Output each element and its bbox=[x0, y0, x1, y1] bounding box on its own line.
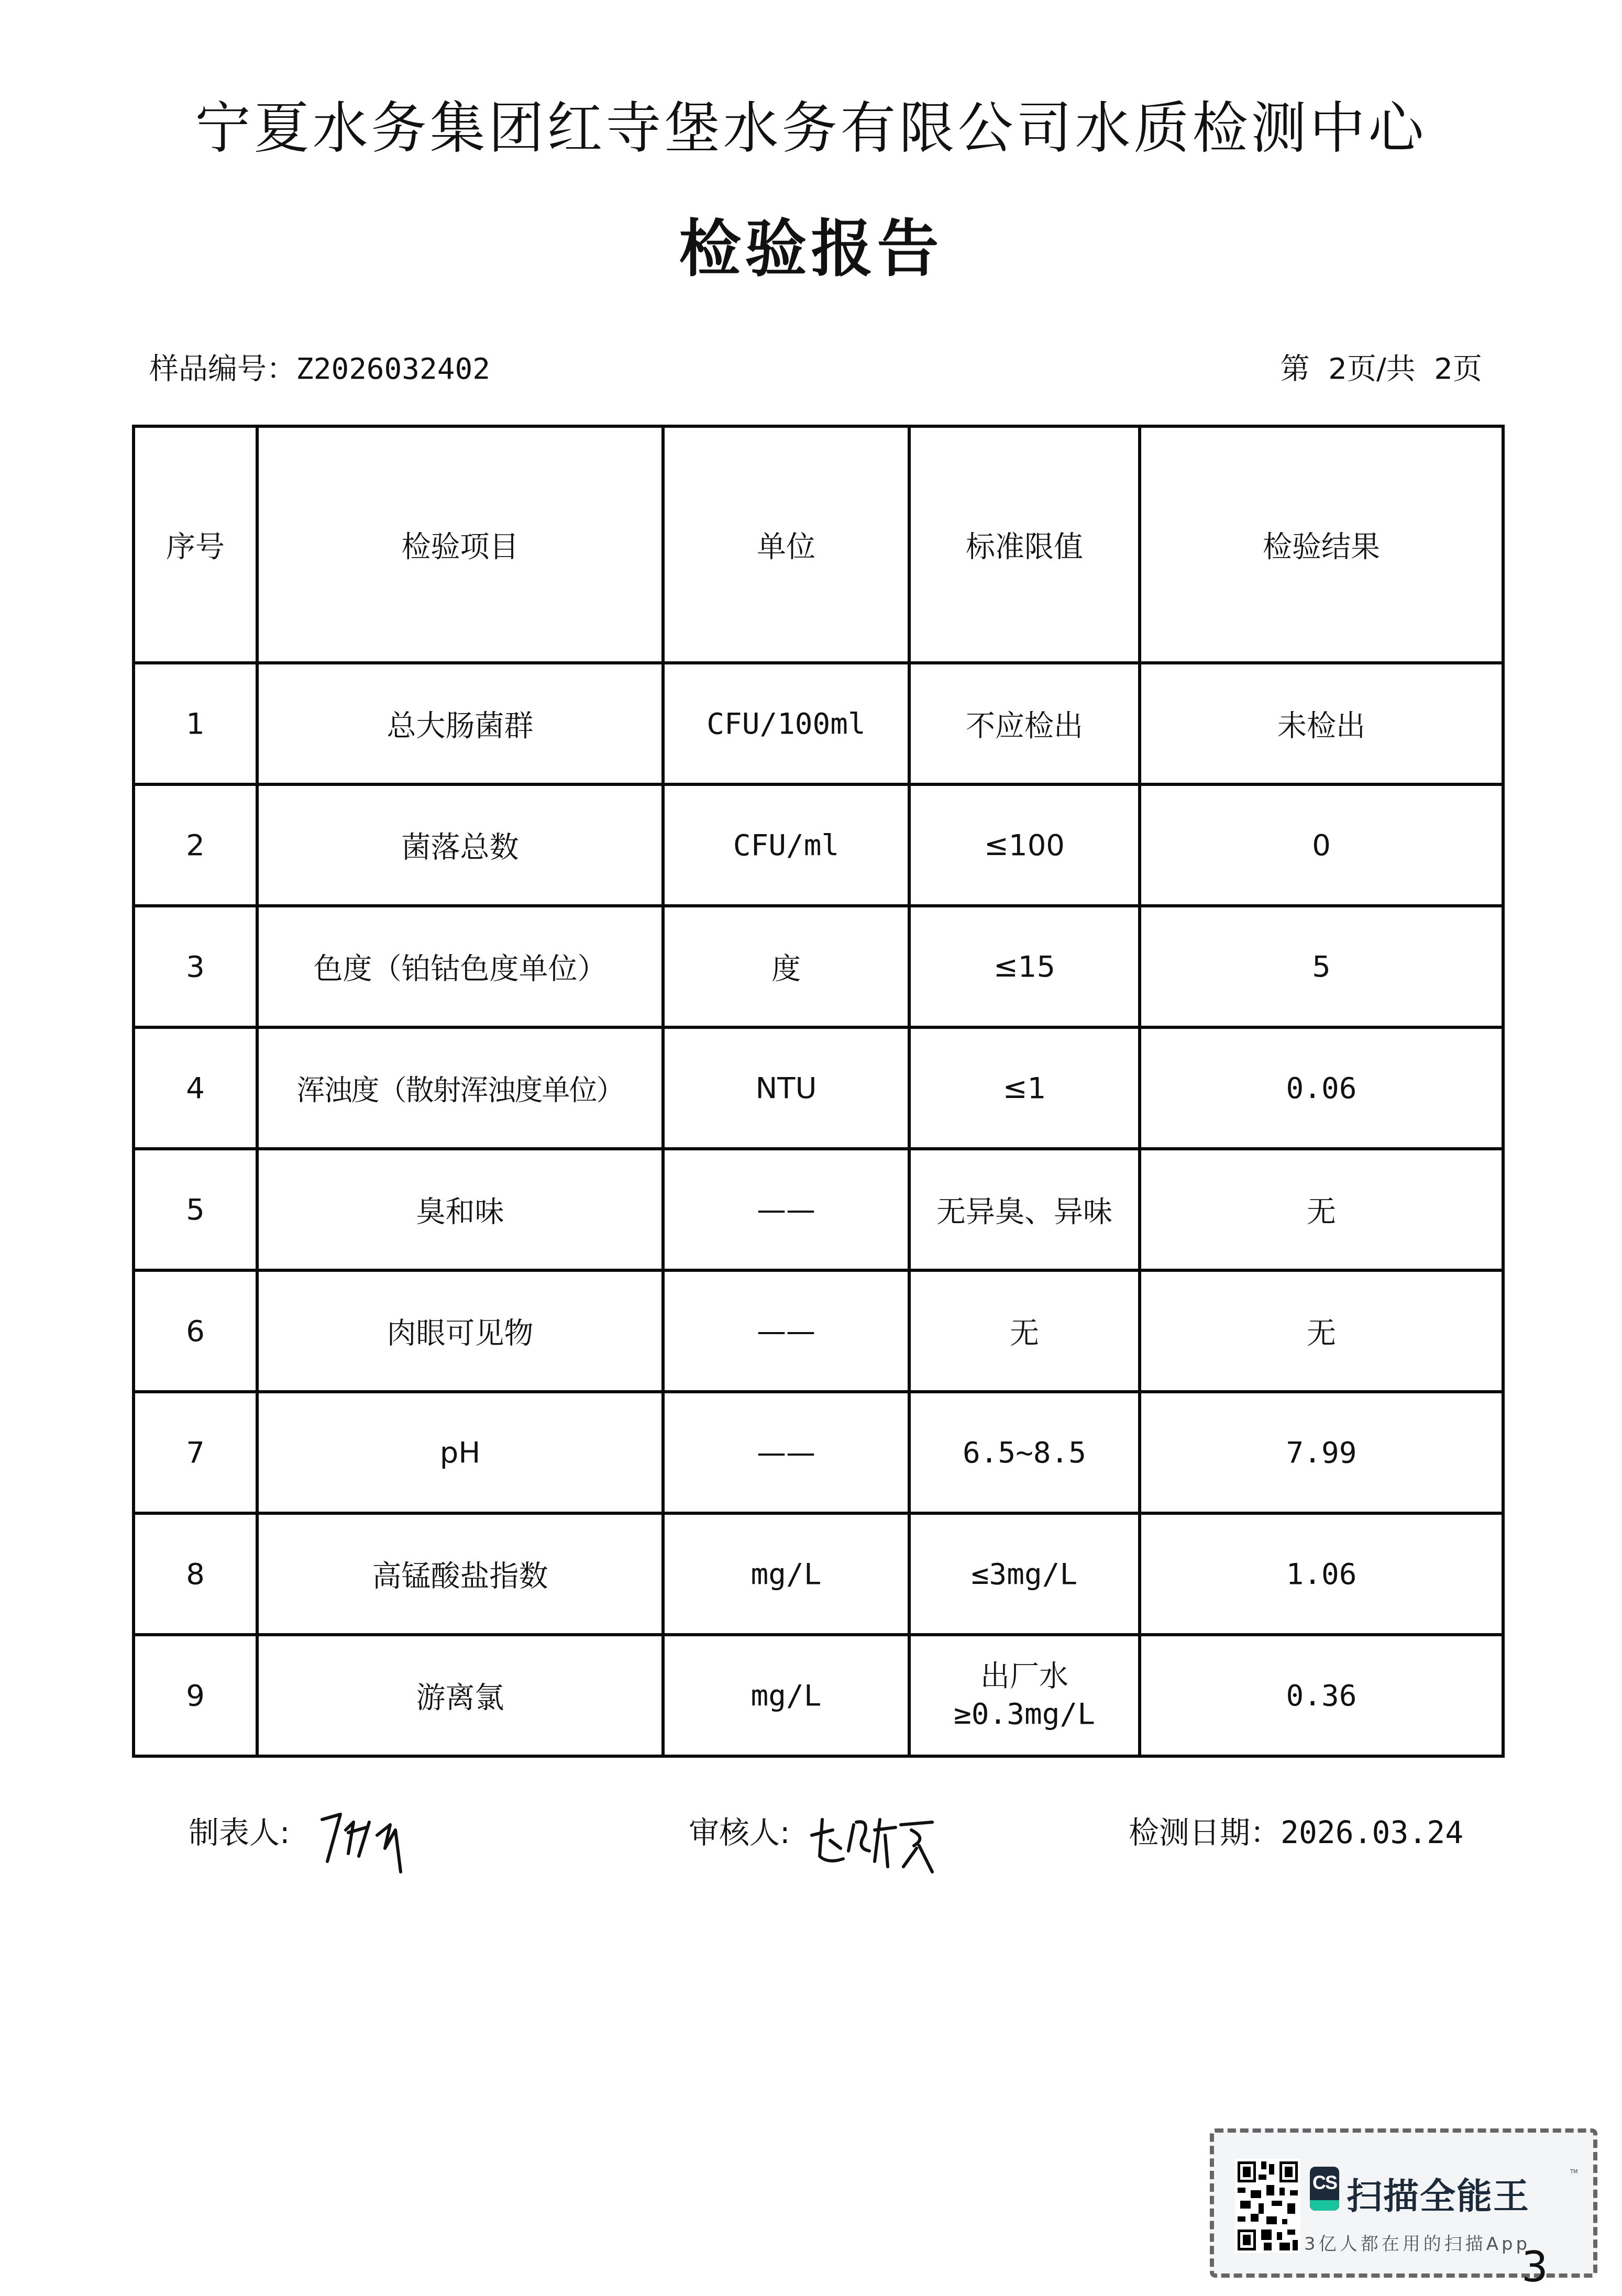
scan-page-number: 3 bbox=[1521, 2238, 1548, 2296]
reviewer-signature-icon bbox=[807, 1799, 943, 1877]
cell-result: 0.06 bbox=[1140, 1027, 1503, 1149]
cell-number: 7 bbox=[134, 1392, 257, 1513]
table-row: 9 游离氯 mg/L 出厂水 ≥0.3mg/L 0.36 bbox=[134, 1635, 1503, 1756]
sample-number-field: 样品编号：Z2026032402 bbox=[149, 348, 490, 390]
test-date-value: 2026.03.24 bbox=[1281, 1815, 1463, 1850]
report-meta-row: 样品编号：Z2026032402 第 2页/共 2页 bbox=[149, 348, 1482, 390]
column-header-unit: 单位 bbox=[663, 426, 909, 663]
table-row: 5 臭和味 —— 无异臭、异味 无 bbox=[134, 1149, 1503, 1270]
page-info: 第 2页/共 2页 bbox=[1281, 348, 1482, 390]
camscanner-logo-icon: CS bbox=[1310, 2167, 1339, 2211]
cell-unit: 度 bbox=[663, 906, 909, 1027]
table-row: 2 菌落总数 CFU/ml ≤100 0 bbox=[134, 784, 1503, 906]
cell-number: 8 bbox=[134, 1513, 257, 1635]
cell-result: 无 bbox=[1140, 1270, 1503, 1392]
reviewed-by-field: 审核人: bbox=[689, 1806, 790, 1859]
cell-limit-line1: 出厂水 bbox=[911, 1658, 1138, 1695]
trademark-mark: TM bbox=[1570, 2169, 1578, 2175]
column-header-item: 检验项目 bbox=[257, 426, 663, 663]
cell-limit: ≤15 bbox=[909, 906, 1140, 1027]
cell-unit: CFU/ml bbox=[663, 784, 909, 906]
cell-item: 臭和味 bbox=[257, 1149, 663, 1270]
camscanner-app-name: 扫描全能王 bbox=[1347, 2168, 1530, 2219]
cell-unit: —— bbox=[663, 1392, 909, 1513]
cell-limit: ≤3mg/L bbox=[909, 1513, 1140, 1635]
table-row: 1 总大肠菌群 CFU/100ml 不应检出 未检出 bbox=[134, 663, 1503, 784]
cell-result: 0.36 bbox=[1140, 1635, 1503, 1756]
camscanner-slogan: 3亿人都在用的扫描App bbox=[1304, 2230, 1530, 2255]
test-date-field: 检测日期：2026.03.24 bbox=[1129, 1806, 1463, 1859]
sample-number-value: Z2026032402 bbox=[296, 352, 490, 386]
cell-result: 无 bbox=[1140, 1149, 1503, 1270]
cell-number: 2 bbox=[134, 784, 257, 906]
cell-limit: ≤100 bbox=[909, 784, 1140, 906]
table-row: 8 高锰酸盐指数 mg/L ≤3mg/L 1.06 bbox=[134, 1513, 1503, 1635]
cell-result: 5 bbox=[1140, 906, 1503, 1027]
cell-unit: —— bbox=[663, 1149, 909, 1270]
cell-item: 高锰酸盐指数 bbox=[257, 1513, 663, 1635]
signature-footer: 制表人: 审核人: 检测日期：2026.03.24 bbox=[189, 1796, 1482, 1874]
cell-item: 色度（铂钴色度单位） bbox=[257, 906, 663, 1027]
cell-item: 总大肠菌群 bbox=[257, 663, 663, 784]
preparer-signature-icon bbox=[317, 1799, 416, 1877]
cell-unit: mg/L bbox=[663, 1635, 909, 1756]
cell-item: 浑浊度（散射浑浊度单位） bbox=[257, 1027, 663, 1149]
cell-number: 4 bbox=[134, 1027, 257, 1149]
cell-limit: 出厂水 ≥0.3mg/L bbox=[909, 1635, 1140, 1756]
qr-code-icon bbox=[1235, 2159, 1300, 2253]
cell-unit: mg/L bbox=[663, 1513, 909, 1635]
cell-unit: NTU bbox=[663, 1027, 909, 1149]
cell-unit: —— bbox=[663, 1270, 909, 1392]
cell-result: 未检出 bbox=[1140, 663, 1503, 784]
test-date-label: 检测日期： bbox=[1129, 1815, 1281, 1850]
table-row: 4 浑浊度（散射浑浊度单位） NTU ≤1 0.06 bbox=[134, 1027, 1503, 1149]
cell-limit-line2: ≥0.3mg/L bbox=[911, 1695, 1138, 1733]
cell-limit: 6.5~8.5 bbox=[909, 1392, 1140, 1513]
cell-limit: 无 bbox=[909, 1270, 1140, 1392]
cell-limit: 不应检出 bbox=[909, 663, 1140, 784]
column-header-limit: 标准限值 bbox=[909, 426, 1140, 663]
organization-title: 宁夏水务集团红寺堡水务有限公司水质检测中心 bbox=[0, 92, 1622, 165]
table-row: 3 色度（铂钴色度单位） 度 ≤15 5 bbox=[134, 906, 1503, 1027]
cell-number: 6 bbox=[134, 1270, 257, 1392]
cell-number: 3 bbox=[134, 906, 257, 1027]
column-header-number: 序号 bbox=[134, 426, 257, 663]
cell-unit: CFU/100ml bbox=[663, 663, 909, 784]
cell-item: 肉眼可见物 bbox=[257, 1270, 663, 1392]
prepared-by-field: 制表人: bbox=[189, 1806, 290, 1859]
cell-number: 9 bbox=[134, 1635, 257, 1756]
cell-result: 0 bbox=[1140, 784, 1503, 906]
cell-number: 5 bbox=[134, 1149, 257, 1270]
table-row: 7 pH —— 6.5~8.5 7.99 bbox=[134, 1392, 1503, 1513]
cell-item: 菌落总数 bbox=[257, 784, 663, 906]
prepared-by-label: 制表人: bbox=[189, 1815, 290, 1850]
cell-limit: 无异臭、异味 bbox=[909, 1149, 1140, 1270]
cell-result: 7.99 bbox=[1140, 1392, 1503, 1513]
reviewed-by-label: 审核人: bbox=[689, 1815, 790, 1850]
cell-item: 游离氯 bbox=[257, 1635, 663, 1756]
sample-number-label: 样品编号： bbox=[149, 352, 296, 386]
report-title: 检验报告 bbox=[0, 212, 1622, 285]
column-header-result: 检验结果 bbox=[1140, 426, 1503, 663]
table-header-row: 序号 检验项目 单位 标准限值 检验结果 bbox=[134, 426, 1503, 663]
cell-result: 1.06 bbox=[1140, 1513, 1503, 1635]
cell-item: pH bbox=[257, 1392, 663, 1513]
cell-limit: ≤1 bbox=[909, 1027, 1140, 1149]
cell-number: 1 bbox=[134, 663, 257, 784]
test-results-table: 序号 检验项目 单位 标准限值 检验结果 1 总大肠菌群 CFU/100ml 不… bbox=[132, 425, 1505, 1758]
table-row: 6 肉眼可见物 —— 无 无 bbox=[134, 1270, 1503, 1392]
